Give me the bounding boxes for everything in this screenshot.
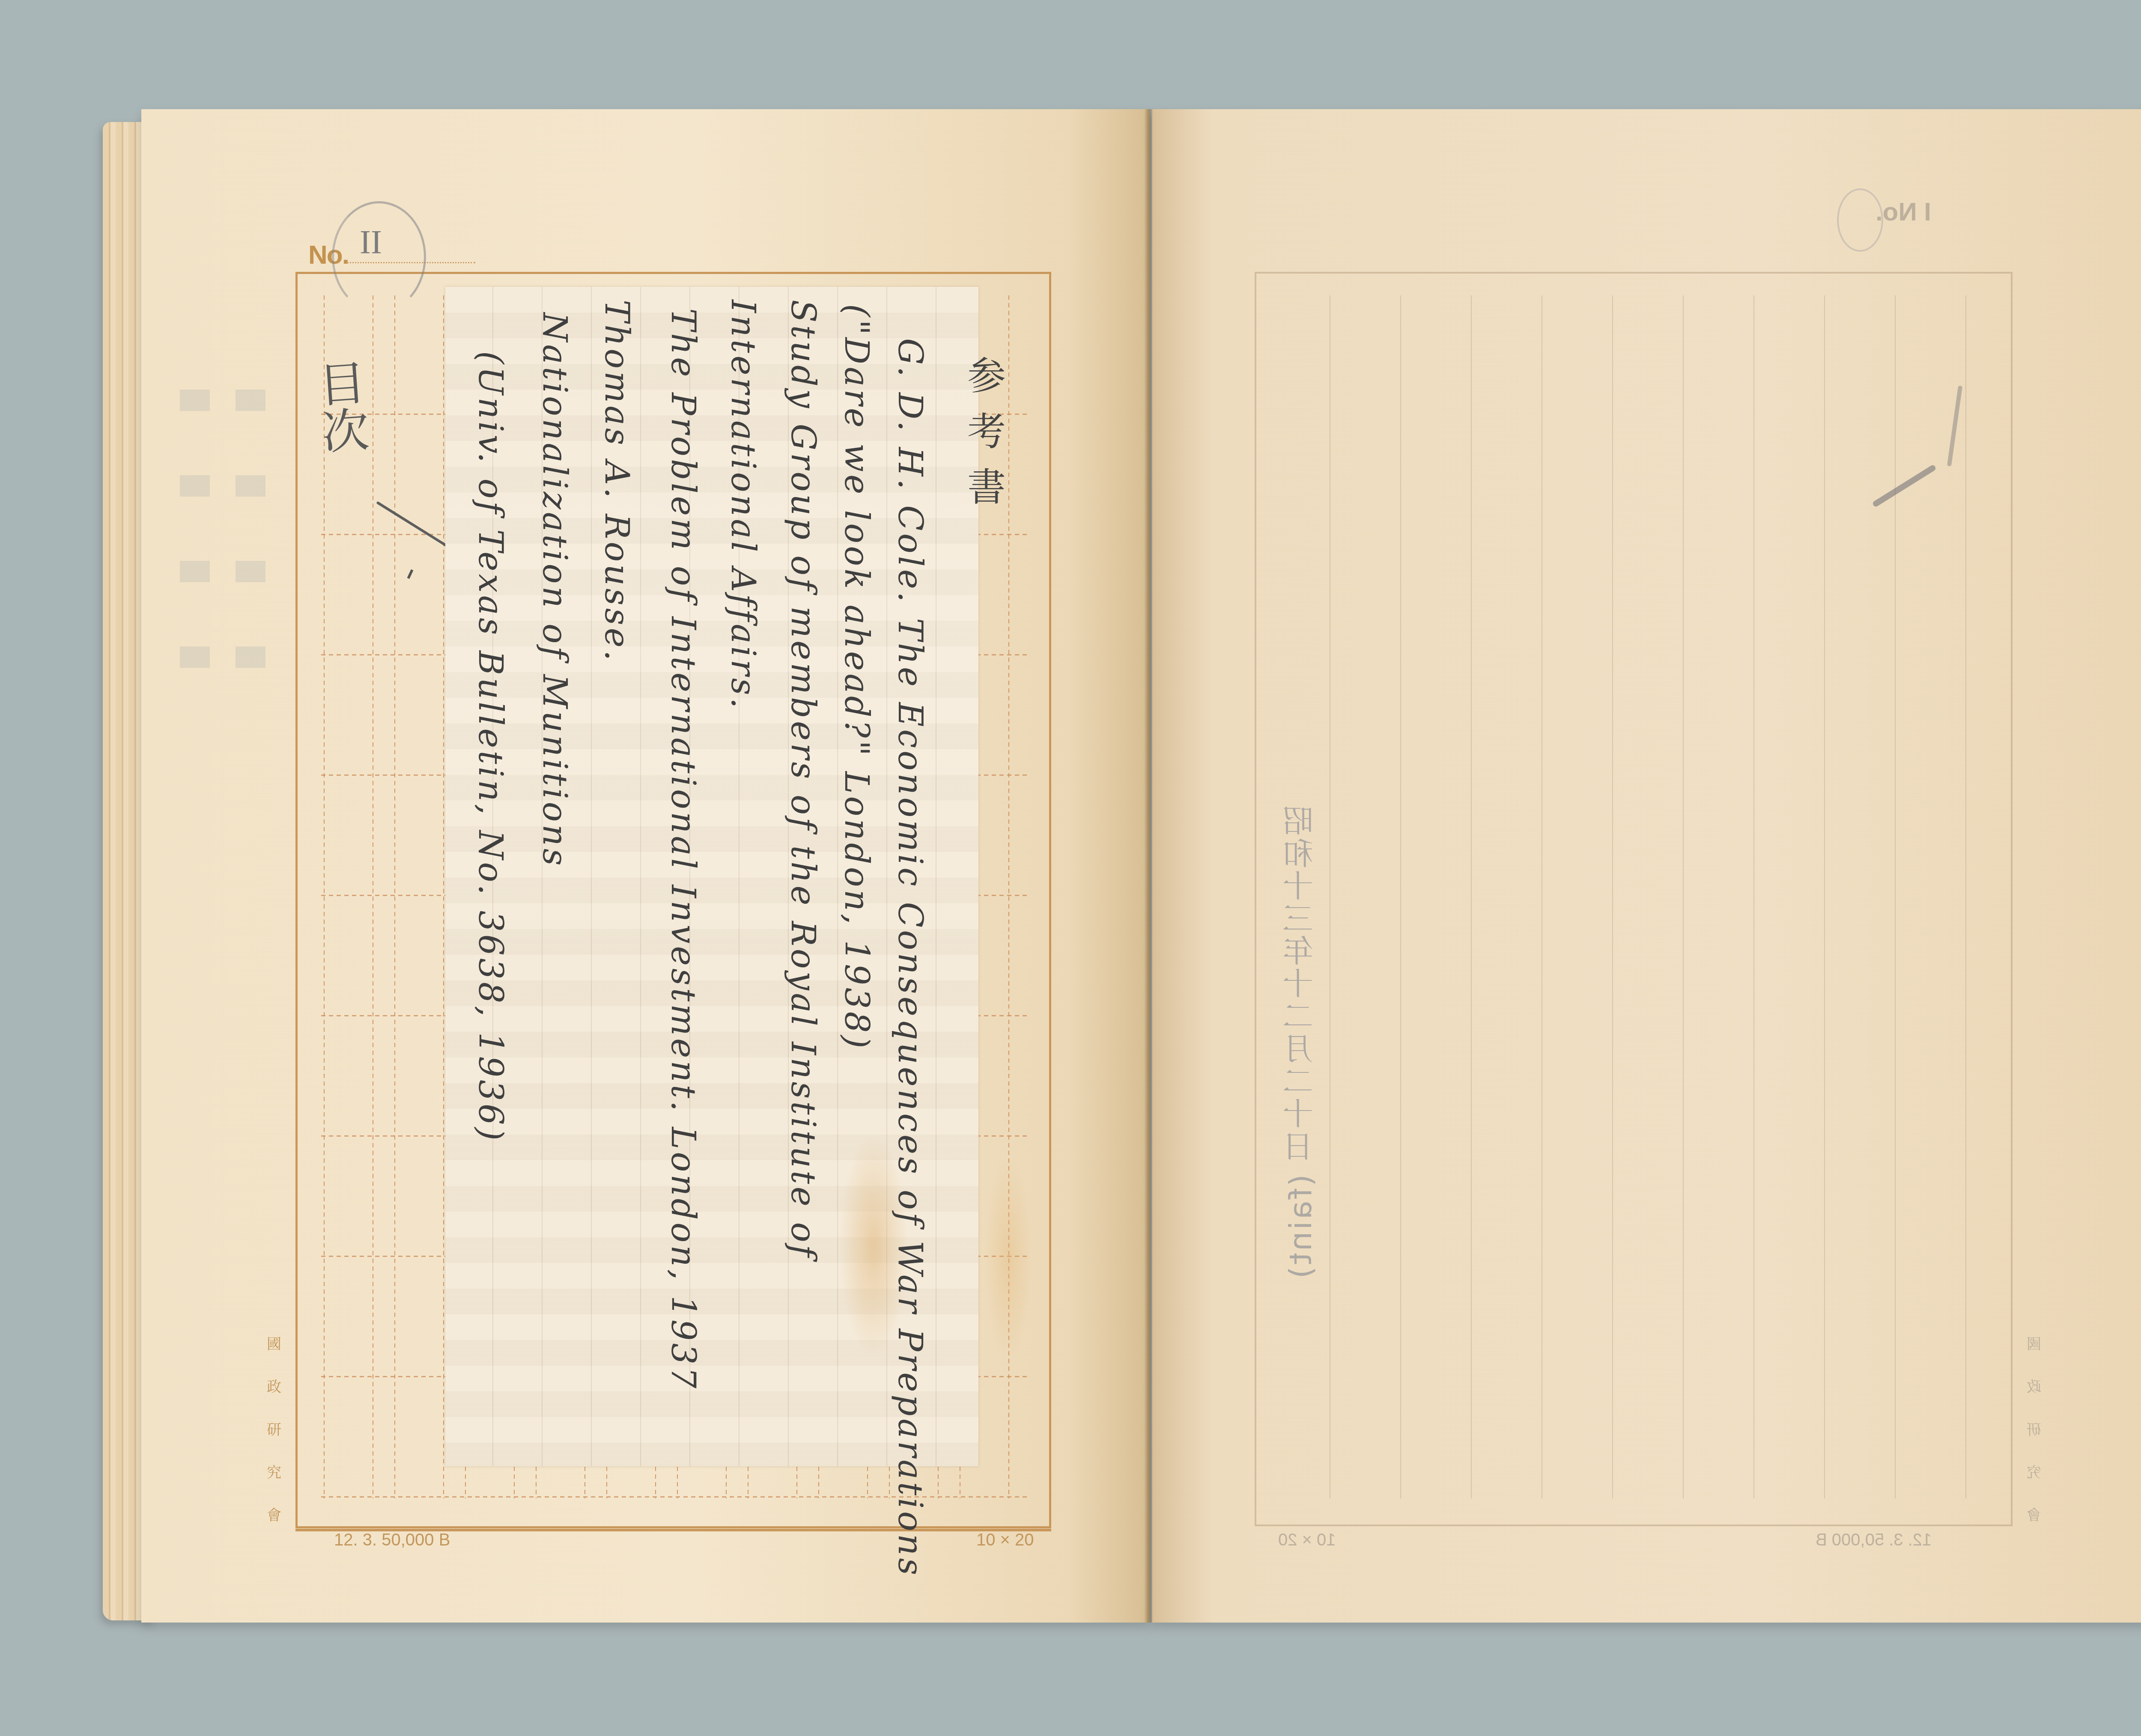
print-run-code: 12. 3. 50,000 B [334, 1531, 450, 1550]
publisher-imprint: 國 政 研 究 會 [261, 1323, 287, 1537]
imprint-char: 國 [261, 1323, 287, 1366]
imprint-char: 究 [2021, 1451, 2047, 1494]
imprint-char: 政 [2021, 1366, 2047, 1408]
bleed-through-grid-size: 10 × 20 [1278, 1531, 1336, 1550]
bleed-through-pencil-note: 昭和十三年十二月二十日 (faint) [1278, 805, 1323, 1280]
imprint-char: 會 [261, 1494, 287, 1537]
slip-heading: 参考書 [955, 355, 1011, 522]
book-spine [1144, 109, 1154, 1623]
bleed-through-text [180, 347, 265, 689]
reference-line-2: ("Dare we look ahead?" London, 1938) [837, 304, 876, 1051]
reference-line-8: (Univ. of Texas Bulletin, No. 3638, 1936… [471, 351, 510, 1143]
reference-line-4: International Affairs. [724, 300, 762, 711]
page-number-value: II [360, 223, 382, 261]
paper-stain [985, 1156, 1032, 1361]
bleed-through-print-run: 12. 3. 50,000 B [1816, 1531, 1932, 1550]
bleed-through-number-value: I [1924, 197, 1931, 226]
bleed-through-page-number: I No. [1876, 197, 1931, 226]
bleed-through-number-label: No. [1876, 197, 1917, 226]
imprint-char: 國 [2021, 1323, 2047, 1366]
imprint-char: 究 [261, 1451, 287, 1494]
contents-heading-text: 目次 [304, 357, 375, 456]
reference-line-6: Thomas A. Rousse. [597, 300, 636, 663]
reference-line-7: Nationalization of Munitions [535, 313, 574, 868]
contents-heading-handwritten: 目次 [304, 357, 372, 471]
reference-line-1: G. D. H. Cole. The Economic Consequences… [891, 338, 929, 1578]
imprint-char: 政 [261, 1366, 287, 1408]
reference-line-3: Study Group of members of the Royal Inst… [784, 300, 822, 1260]
grid-size-label: 10 × 20 [976, 1531, 1034, 1550]
imprint-char: 研 [2021, 1408, 2047, 1451]
imprint-char: 研 [261, 1408, 287, 1451]
bleed-through-imprint: 國 政 研 究 會 [2021, 1323, 2047, 1537]
reference-line-5: The Problem of International Investment.… [664, 308, 702, 1391]
grid-columns-faint [1278, 295, 1989, 1498]
imprint-char: 會 [2021, 1494, 2047, 1537]
